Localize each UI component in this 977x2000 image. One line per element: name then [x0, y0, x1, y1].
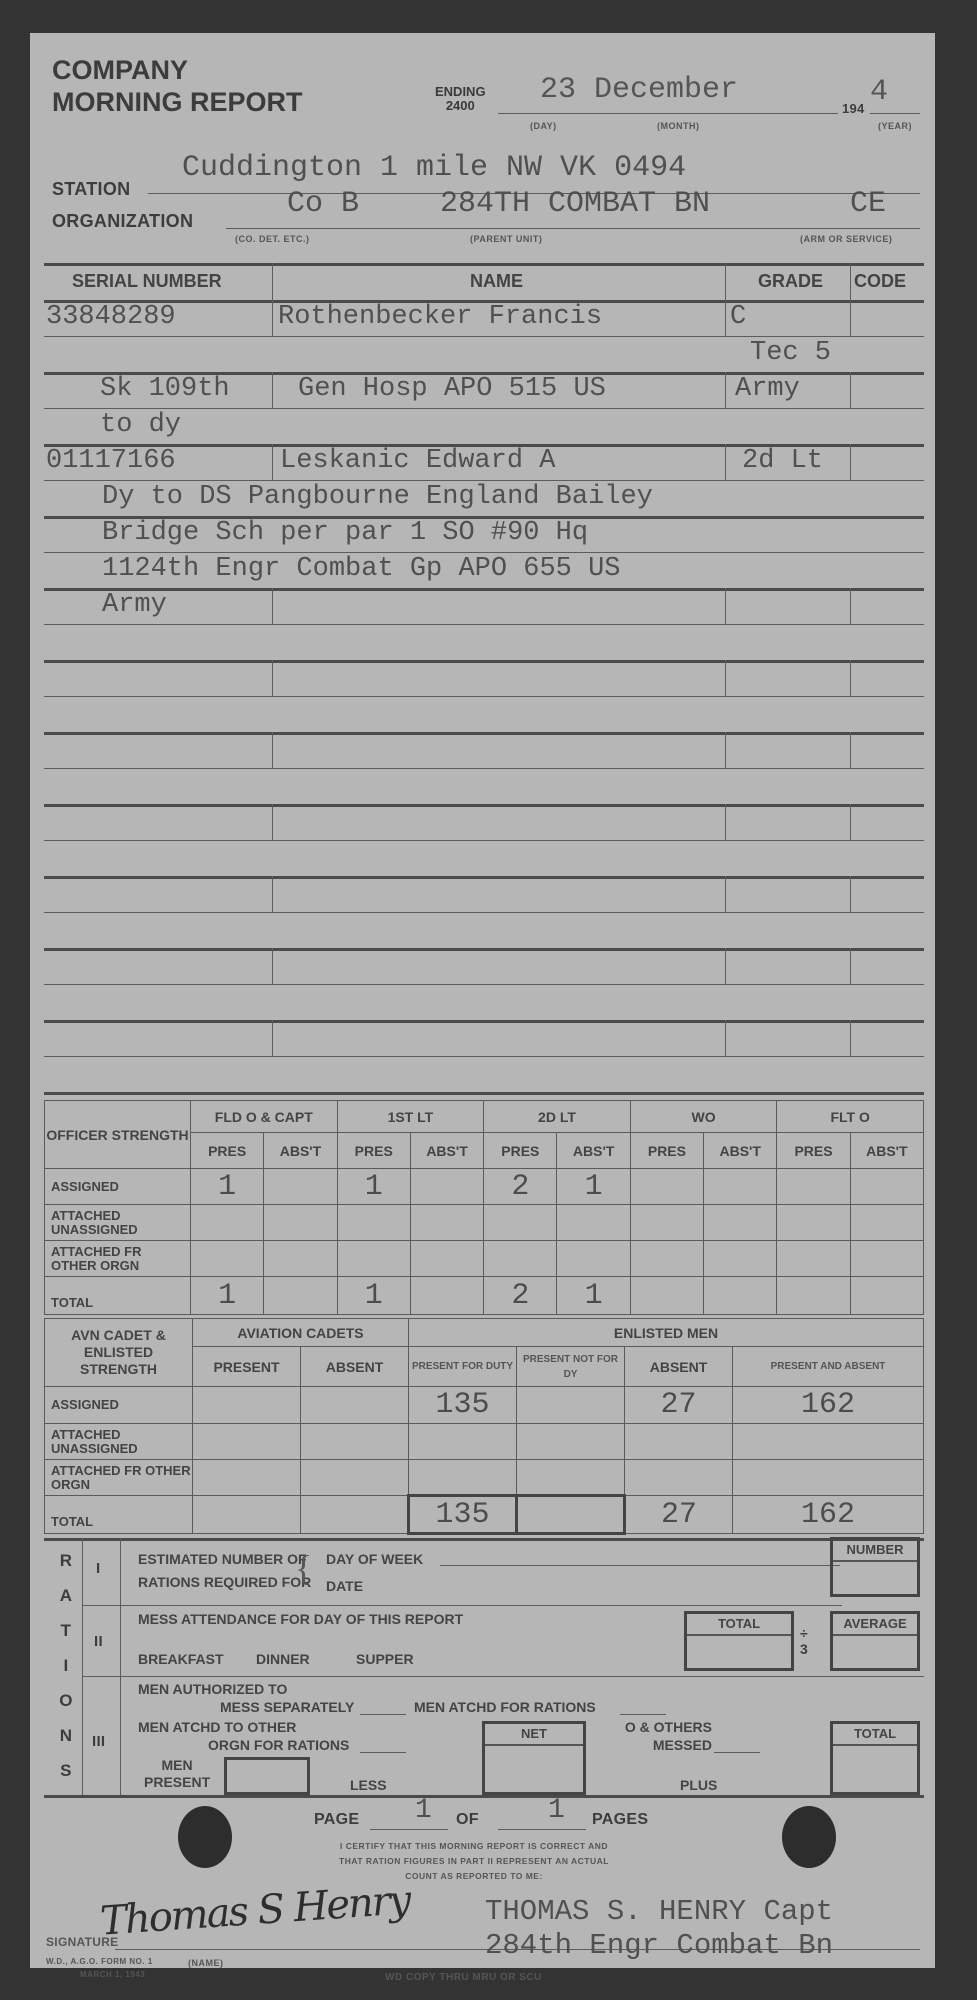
row-label: TOTAL [45, 1496, 193, 1534]
pres-header: PRES [630, 1133, 703, 1169]
grade-detail: Tec 5 [750, 338, 831, 368]
part-2-numeral: II [94, 1633, 103, 1650]
remark-grade-col: Army [735, 374, 800, 404]
divide-icon: ÷ [800, 1625, 808, 1641]
cell: 1 [557, 1277, 630, 1315]
plus-label: PLUS [680, 1777, 717, 1793]
parent-unit-caption: (PARENT UNIT) [470, 234, 542, 244]
supper-label: SUPPER [356, 1651, 414, 1667]
men-atchd-for-rations-label: MEN ATCHD FOR RATIONS [414, 1699, 596, 1715]
cell [777, 1169, 850, 1205]
enlisted-strength-title: AVN CADET & ENLISTED STRENGTH [45, 1319, 193, 1387]
ending-label-1: ENDING [435, 85, 486, 99]
cell [517, 1387, 625, 1424]
rations-letter: A [58, 1578, 74, 1613]
officer-row-attached-other-orgn: ATTACHED FR OTHER ORGN [45, 1241, 924, 1277]
cell: 1 [191, 1277, 264, 1315]
cell [517, 1496, 625, 1534]
handwritten-signature: Thomas S Henry [99, 1877, 411, 1944]
cell [850, 1277, 923, 1315]
cell: 2 [484, 1169, 557, 1205]
cell [630, 1277, 703, 1315]
grade-header: GRADE [758, 271, 823, 292]
cell: 162 [733, 1496, 924, 1534]
form-number: W.D., A.G.O. FORM NO. 1 [46, 1957, 153, 1966]
page-label: PAGE [314, 1811, 359, 1829]
men-present-line1: MEN [144, 1757, 210, 1774]
binder-hole-left [178, 1806, 232, 1868]
soldier-name: Rothenbecker Francis [278, 302, 602, 332]
service-caption: (ARM OR SERVICE) [800, 234, 892, 244]
officer-row-total: TOTAL 1 1 2 1 [45, 1277, 924, 1315]
rations-letter: O [58, 1683, 74, 1718]
remark-line: 1124th Engr Combat Gp APO 655 US [102, 554, 620, 584]
divide-by-three: ÷ 3 [800, 1625, 808, 1657]
group-1st-lt: 1ST LT [337, 1101, 484, 1133]
name-caption: (NAME) [188, 1958, 224, 1968]
cell: 135 [409, 1496, 517, 1534]
enlisted-row-attached-unassigned: ATTACHED UNASSIGNED [45, 1424, 924, 1460]
remark-line: Dy to DS Pangbourne England Bailey [102, 482, 653, 512]
cell [193, 1387, 301, 1424]
certify-line: COUNT AS REPORTED TO ME: [264, 1869, 684, 1884]
group-enlisted-men: ENLISTED MEN [409, 1319, 924, 1347]
mess-separately-label: MESS SEPARATELY [220, 1699, 354, 1715]
grade: 2d Lt [742, 446, 823, 476]
cadets-absent-header: ABSENT [301, 1347, 409, 1387]
page-number: 1 [415, 1795, 432, 1826]
rations-side-label: R A T I O N S [58, 1543, 74, 1788]
abst-header: ABS'T [264, 1133, 337, 1169]
cell [630, 1169, 703, 1205]
remark-name-col: Gen Hosp APO 515 US [298, 374, 606, 404]
cell: 162 [733, 1387, 924, 1424]
abst-header: ABS'T [704, 1133, 777, 1169]
day-caption: (DAY) [530, 121, 557, 131]
group-fld-o-capt: FLD O & CAPT [191, 1101, 338, 1133]
mess-attendance-label: MESS ATTENDANCE FOR DAY OF THIS REPORT [138, 1611, 463, 1627]
average-box[interactable]: AVERAGE [830, 1611, 920, 1671]
serial-number: 33848289 [46, 302, 176, 332]
men-present-box[interactable] [224, 1757, 310, 1795]
enlisted-absent-header: ABSENT [625, 1347, 733, 1387]
less-label: LESS [350, 1777, 387, 1793]
breakfast-label: BREAKFAST [138, 1651, 224, 1667]
cell [301, 1387, 409, 1424]
remark-serial-col: Sk 109th [100, 374, 230, 404]
rations-letter: T [58, 1613, 74, 1648]
row-label: TOTAL [45, 1277, 191, 1315]
cell [264, 1169, 337, 1205]
morning-report-form: COMPANY MORNING REPORT ENDING 2400 23 De… [30, 33, 935, 1968]
cell: 2 [484, 1277, 557, 1315]
pres-header: PRES [484, 1133, 557, 1169]
number-box-label: NUMBER [833, 1540, 917, 1562]
cell: 135 [409, 1387, 517, 1424]
men-present-label: MEN PRESENT [144, 1757, 210, 1791]
enlisted-row-total: TOTAL 135 27 162 [45, 1496, 924, 1534]
cell: 1 [191, 1169, 264, 1205]
dinner-label: DINNER [256, 1651, 310, 1667]
messed-label: MESSED [610, 1737, 712, 1753]
enlisted-row-assigned: ASSIGNED 135 27 162 [45, 1387, 924, 1424]
group-flt-o: FLT O [777, 1101, 924, 1133]
remark-line: Bridge Sch per par 1 SO #90 Hq [102, 518, 588, 548]
divisor: 3 [800, 1641, 808, 1657]
o-others-label: O & OTHERS [610, 1719, 712, 1735]
report-year: 4 [870, 75, 888, 109]
cell [410, 1169, 483, 1205]
org-parent-unit: 284TH COMBAT BN [440, 187, 710, 221]
cell: 1 [337, 1277, 410, 1315]
abst-header: ABS'T [850, 1133, 923, 1169]
cell [410, 1277, 483, 1315]
men-present-line2: PRESENT [144, 1774, 210, 1791]
year-caption: (YEAR) [878, 121, 912, 131]
remark-line: Army [102, 590, 167, 620]
signer-unit: 284th Engr Combat Bn [485, 1929, 833, 1962]
ending-label-2: 2400 [435, 99, 486, 113]
net-box[interactable]: NET [482, 1721, 586, 1795]
brace-icon: { [295, 1547, 312, 1589]
row-label: ATTACHED FR OTHER ORGN [45, 1460, 193, 1496]
pres-header: PRES [777, 1133, 850, 1169]
pres-header: PRES [337, 1133, 410, 1169]
men-atchd-other-label: MEN ATCHD TO OTHER [138, 1719, 296, 1735]
page-total: 1 [548, 1795, 565, 1826]
grade: C [730, 302, 746, 332]
code-header: CODE [854, 271, 906, 292]
cell: 1 [557, 1169, 630, 1205]
pages-label: PAGES [592, 1811, 648, 1829]
certification-text: I CERTIFY THAT THIS MORNING REPORT IS CO… [264, 1839, 684, 1884]
abst-header: ABS'T [557, 1133, 630, 1169]
officer-strength-table: OFFICER STRENGTH FLD O & CAPT 1ST LT 2D … [44, 1100, 924, 1315]
cell [704, 1169, 777, 1205]
enlisted-row-attached-other-orgn: ATTACHED FR OTHER ORGN [45, 1460, 924, 1496]
binder-hole-right [782, 1806, 836, 1868]
cell [193, 1496, 301, 1534]
station-label: STATION [52, 179, 130, 200]
cell [301, 1496, 409, 1534]
part-3-numeral: III [92, 1733, 105, 1750]
row-label: ASSIGNED [45, 1387, 193, 1424]
rations-letter: R [58, 1543, 74, 1578]
officer-row-attached-unassigned: ATTACHED UNASSIGNED [45, 1205, 924, 1241]
rations-letter: S [58, 1753, 74, 1788]
group-aviation-cadets: AVIATION CADETS [193, 1319, 409, 1347]
rations-letter: N [58, 1718, 74, 1753]
cell: 27 [625, 1387, 733, 1424]
group-wo: WO [630, 1101, 777, 1133]
men-authorized-label: MEN AUTHORIZED TO [138, 1681, 287, 1697]
signature-label: SIGNATURE [46, 1935, 118, 1949]
attendance-total-box[interactable]: TOTAL [684, 1611, 794, 1671]
cadets-present-header: PRESENT [193, 1347, 301, 1387]
serial-number: 01117166 [46, 446, 176, 476]
company-caption: (CO. DET. ETC.) [235, 234, 310, 244]
enlisted-strength-table: AVN CADET & ENLISTED STRENGTH AVIATION C… [44, 1318, 924, 1535]
total-box[interactable]: TOTAL [830, 1721, 920, 1795]
org-service: CE [850, 187, 886, 221]
station-value: Cuddington 1 mile NW VK 0494 [182, 151, 686, 185]
rations-required-label: RATIONS REQUIRED FOR [138, 1574, 311, 1590]
serial-number-header: SERIAL NUMBER [72, 271, 222, 292]
form-title-line1: COMPANY [52, 55, 188, 85]
form-title-line2: MORNING REPORT [52, 87, 303, 117]
part-1-numeral: I [96, 1560, 100, 1577]
group-2d-lt: 2D LT [484, 1101, 631, 1133]
signer-name: THOMAS S. HENRY Capt [485, 1895, 833, 1928]
year-prefix: 194 [842, 101, 865, 116]
cell [704, 1277, 777, 1315]
cell [264, 1277, 337, 1315]
present-and-absent-header: PRESENT AND ABSENT [733, 1347, 924, 1387]
name-header: NAME [470, 271, 523, 292]
number-box[interactable]: NUMBER [830, 1537, 920, 1597]
day-of-week-label: DAY OF WEEK [326, 1551, 423, 1567]
row-label: ASSIGNED [45, 1169, 191, 1205]
certify-line: THAT RATION FIGURES IN PART II REPRESENT… [264, 1854, 684, 1869]
form-date: MARCH 1, 1943 [80, 1970, 145, 1979]
date-label: DATE [326, 1578, 363, 1594]
average-box-label: AVERAGE [833, 1614, 917, 1636]
net-box-label: NET [485, 1724, 583, 1746]
org-company: Co B [287, 187, 359, 221]
total-box-label: TOTAL [833, 1724, 917, 1746]
present-for-duty-header: PRESENT FOR DUTY [409, 1347, 517, 1387]
ending-label: ENDING 2400 [435, 85, 486, 113]
cell: 27 [625, 1496, 733, 1534]
estimated-number-label: ESTIMATED NUMBER OF [138, 1551, 307, 1567]
of-label: OF [456, 1811, 479, 1829]
pres-header: PRES [191, 1133, 264, 1169]
orgn-for-rations-label: ORGN FOR RATIONS [208, 1737, 349, 1753]
row-label: ATTACHED UNASSIGNED [45, 1424, 193, 1460]
row-label: ATTACHED FR OTHER ORGN [45, 1241, 191, 1277]
cell: 1 [337, 1169, 410, 1205]
remark-line: to dy [100, 410, 181, 440]
rations-letter: I [58, 1648, 74, 1683]
officer-strength-title: OFFICER STRENGTH [45, 1101, 191, 1169]
cell [850, 1169, 923, 1205]
organization-label: ORGANIZATION [52, 211, 193, 232]
officer-row-assigned: ASSIGNED 1 1 2 1 [45, 1169, 924, 1205]
report-date: 23 December [540, 73, 738, 107]
soldier-name: Leskanic Edward A [280, 446, 555, 476]
month-caption: (MONTH) [657, 121, 700, 131]
present-not-for-duty-header: PRESENT NOT FOR DY [517, 1347, 625, 1387]
cell [777, 1277, 850, 1315]
attendance-total-label: TOTAL [687, 1614, 791, 1636]
certify-line: I CERTIFY THAT THIS MORNING REPORT IS CO… [264, 1839, 684, 1854]
copy-note: WD COPY THRU MRU OR SCU [385, 1972, 542, 1983]
abst-header: ABS'T [410, 1133, 483, 1169]
row-label: ATTACHED UNASSIGNED [45, 1205, 191, 1241]
